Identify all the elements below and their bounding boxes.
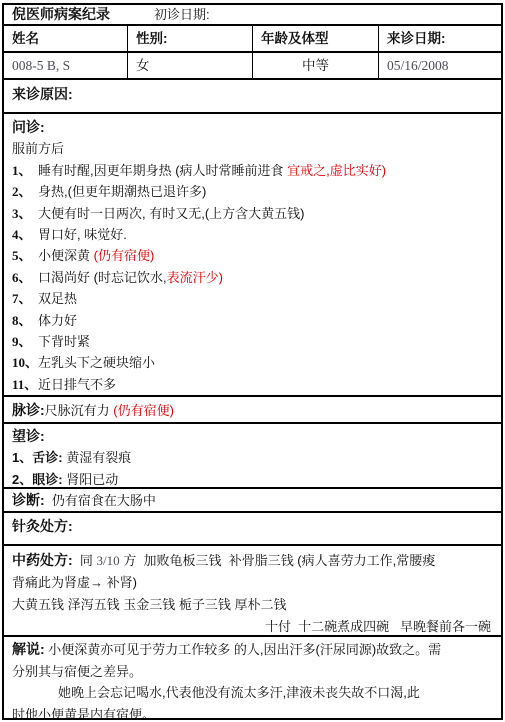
patient-value-row: 008-5 B, S 女 中等 05/16/2008 bbox=[4, 53, 501, 80]
herbal-label: 中药处方: bbox=[12, 552, 73, 568]
document-title: 倪医师病案纪录 bbox=[12, 6, 110, 22]
pulse-section: 脉诊:尺脉沉有力 (仍有宿便) bbox=[4, 397, 501, 424]
item-number: 9、 bbox=[12, 331, 38, 352]
item-text: 下背时紧 bbox=[38, 334, 90, 349]
item-text: 身热,(但更年期潮热已退许多) bbox=[38, 184, 206, 199]
item-number: 1、 bbox=[12, 160, 38, 181]
value-gender: 女 bbox=[127, 53, 252, 78]
inquiry-subtitle: 服前方后 bbox=[12, 138, 501, 159]
eye-text: 肾阳已动 bbox=[63, 472, 119, 487]
pulse-text: 尺脉沉有力 bbox=[45, 403, 114, 418]
value-visit-date: 05/16/2008 bbox=[378, 53, 501, 78]
tongue-label: 舌诊: bbox=[32, 450, 62, 465]
item-text: 口渴尚好 (时忘记饮水, bbox=[38, 270, 167, 285]
acupuncture-label: 针灸处方: bbox=[12, 518, 73, 534]
explanation-section: 解说: 小便深黄亦可见于劳力工作较多 的人,因出汗多(汗尿同源)故致之。需 分别… bbox=[4, 637, 501, 718]
pulse-note-red: (仍有宿便) bbox=[113, 403, 174, 418]
header-name: 姓名 bbox=[4, 26, 127, 51]
inquiry-item: 2、身热,(但更年期潮热已退许多) bbox=[12, 181, 501, 202]
explanation-line4: 时他小便黄是内有宿便。 bbox=[12, 704, 501, 719]
item-note-red: 表流汗少) bbox=[167, 270, 223, 285]
item-text: 近日排气不多 bbox=[38, 377, 116, 392]
item-text: 大便有时一日两次, 有时又无,(上方含大黄五钱) bbox=[38, 206, 305, 221]
diagnosis-text: 仍有宿食在大肠中 bbox=[45, 493, 156, 508]
inquiry-item: 4、胃口好, 味觉好. bbox=[12, 224, 501, 245]
pulse-label: 脉诊: bbox=[12, 402, 45, 418]
item-number: 10、 bbox=[12, 352, 38, 373]
herbal-line1-pre: 同 bbox=[73, 553, 97, 568]
visit-reason-label: 来诊原因: bbox=[12, 86, 73, 102]
header-gender: 性别: bbox=[127, 26, 252, 51]
item-number: 3、 bbox=[12, 203, 38, 224]
herbal-dosage-instructions: 十付 十二碗煮成四碗 早晚餐前各一碗 bbox=[12, 616, 501, 637]
explanation-line1: 小便深黄亦可见于劳力工作较多 的人,因出汗多(汗尿同源)故致之。需 bbox=[45, 642, 442, 657]
inquiry-section: 问诊: 服前方后 1、睡有时醒,因更年期身热 (病人时常睡前进食 宜戒之,虚比实… bbox=[4, 114, 501, 397]
inquiry-item: 9、下背时紧 bbox=[12, 331, 501, 352]
inquiry-item: 11、近日排气不多 bbox=[12, 374, 501, 395]
header-age-build: 年龄及体型 bbox=[252, 26, 378, 51]
acupuncture-section: 针灸处方: bbox=[4, 513, 501, 546]
item-note-red: (仍有宿便) bbox=[94, 248, 155, 263]
inquiry-item: 3、大便有时一日两次, 有时又无,(上方含大黄五钱) bbox=[12, 203, 501, 224]
item-note-red: 宜戒之,虚比实好) bbox=[287, 163, 386, 178]
first-visit-date-label: 初诊日期: bbox=[154, 7, 210, 22]
item-text: 左乳头下之硬块缩小 bbox=[38, 355, 155, 370]
explanation-line2: 分别其与宿便之差异。 bbox=[12, 661, 501, 683]
item-number: 4、 bbox=[12, 224, 38, 245]
item-number: 11、 bbox=[12, 374, 38, 395]
diagnosis-section: 诊断: 仍有宿食在大肠中 bbox=[4, 489, 501, 513]
value-name: 008-5 B, S bbox=[4, 53, 127, 78]
inquiry-item: 8、体力好 bbox=[12, 310, 501, 331]
inquiry-item: 5、小便深黄 (仍有宿便) bbox=[12, 245, 501, 266]
item-number: 6、 bbox=[12, 267, 38, 288]
item-number: 8、 bbox=[12, 310, 38, 331]
explanation-line3: 她晚上会忘记喝水,代表他没有流太多汗,津液未丧失故不口渴,此 bbox=[12, 682, 501, 704]
item-text: 双足热 bbox=[38, 291, 77, 306]
item-text: 小便深黄 bbox=[38, 248, 94, 263]
observation-section: 望诊: 1、舌诊: 黄湿有裂痕 2、眼诊: 肾阳已动 bbox=[4, 424, 501, 489]
tongue-text: 黄湿有裂痕 bbox=[63, 450, 132, 465]
inquiry-item: 6、口渴尚好 (时忘记饮水,表流汗少) bbox=[12, 267, 501, 288]
observation-label: 望诊: bbox=[12, 428, 45, 444]
title-row: 倪医师病案纪录初诊日期: bbox=[4, 5, 501, 26]
item-number: 5、 bbox=[12, 245, 38, 266]
header-visit-date: 来诊日期: bbox=[378, 26, 501, 51]
item-text: 胃口好, 味觉好. bbox=[38, 227, 127, 242]
medical-record-document: 倪医师病案纪录初诊日期: 姓名 性别: 年龄及体型 来诊日期: 008-5 B,… bbox=[2, 3, 503, 720]
eye-label: 眼诊: bbox=[32, 472, 62, 487]
item-text: 睡有时醒,因更年期身热 (病人时常睡前进食 bbox=[38, 163, 287, 178]
herbal-section: 中药处方: 同 3/10 方 加败龟板三钱 补骨脂三钱 (病人喜劳力工作,常腰痠… bbox=[4, 546, 501, 637]
value-age-build: 中等 bbox=[252, 53, 378, 78]
visit-reason-section: 来诊原因: bbox=[4, 80, 501, 114]
herbal-line1-post: 方 加败龟板三钱 补骨脂三钱 (病人喜劳力工作,常腰痠 bbox=[120, 553, 436, 568]
inquiry-label: 问诊: bbox=[12, 119, 45, 135]
inquiry-item: 10、左乳头下之硬块缩小 bbox=[12, 352, 501, 373]
inquiry-item: 1、睡有时醒,因更年期身热 (病人时常睡前进食 宜戒之,虚比实好) bbox=[12, 160, 501, 181]
herbal-line3: 大黄五钱 泽泻五钱 玉金三钱 栀子三钱 厚朴二钱 bbox=[12, 594, 501, 616]
explanation-label: 解说: bbox=[12, 641, 45, 657]
observation-item: 1、舌诊: 黄湿有裂痕 bbox=[12, 447, 501, 468]
diagnosis-label: 诊断: bbox=[12, 492, 45, 508]
patient-header-row: 姓名 性别: 年龄及体型 来诊日期: bbox=[4, 26, 501, 53]
observation-item: 2、眼诊: 肾阳已动 bbox=[12, 469, 501, 489]
item-number: 7、 bbox=[12, 288, 38, 309]
item-text: 体力好 bbox=[38, 313, 77, 328]
herbal-line2: 背痛此为肾虚→ 补肾) bbox=[12, 572, 501, 594]
inquiry-item: 7、双足热 bbox=[12, 288, 501, 309]
item-number: 2、 bbox=[12, 181, 38, 202]
item-number: 2、 bbox=[12, 472, 32, 487]
item-number: 1、 bbox=[12, 450, 32, 465]
herbal-formula-ref: 3/10 bbox=[97, 553, 120, 568]
